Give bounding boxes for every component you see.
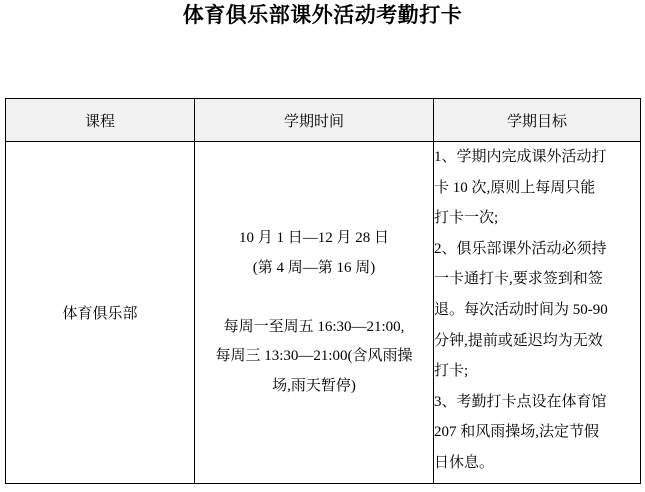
text-line: (第 4 周—第 16 周) [195,254,433,284]
page-title: 体育俱乐部课外活动考勤打卡 [0,0,645,28]
text-line: 打卡; [434,356,640,387]
text-line: 207 和风雨操场,法定节假 [434,417,640,448]
text-line: 日休息。 [434,448,640,479]
col-header-semester-time: 学期时间 [195,99,434,142]
semester-goals-cell: 1、学期内完成课外活动打卡 10 次,原则上每周只能打卡一次;2、俱乐部课外活动… [434,142,641,484]
text-line: 场,雨天暂停) [195,372,433,402]
course-cell: 体育俱乐部 [6,142,195,484]
attendance-table: 课程 学期时间 学期目标 体育俱乐部 10 月 1 日—12 月 28 日(第 … [5,98,641,484]
text-line: 10 月 1 日—12 月 28 日 [195,224,433,254]
document-page: 体育俱乐部课外活动考勤打卡 课程 学期时间 学期目标 体育俱乐部 10 月 1 … [0,0,645,492]
col-header-course: 课程 [6,99,195,142]
text-line: 3、考勤打卡点设在体育馆 [434,387,640,418]
text-line: 1、学期内完成课外活动打 [434,142,640,173]
text-line: 每周三 13:30—21:00(含风雨操 [195,342,433,372]
table-row: 体育俱乐部 10 月 1 日—12 月 28 日(第 4 周—第 16 周) 每… [6,142,641,484]
text-line: 打卡一次; [434,203,640,234]
table-header-row: 课程 学期时间 学期目标 [6,99,641,142]
semester-time-cell: 10 月 1 日—12 月 28 日(第 4 周—第 16 周) 每周一至周五 … [195,142,434,484]
col-header-semester-goals: 学期目标 [434,99,641,142]
text-line: 2、俱乐部课外活动必须持 [434,234,640,265]
text-line: 卡 10 次,原则上每周只能 [434,173,640,204]
text-line [195,283,433,313]
text-line: 退。每次活动时间为 50-90 [434,295,640,326]
text-line: 分钟,提前或延迟均为无效 [434,326,640,357]
text-line: 每周一至周五 16:30—21:00, [195,313,433,343]
text-line: 一卡通打卡,要求签到和签 [434,264,640,295]
course-name: 体育俱乐部 [62,306,137,322]
